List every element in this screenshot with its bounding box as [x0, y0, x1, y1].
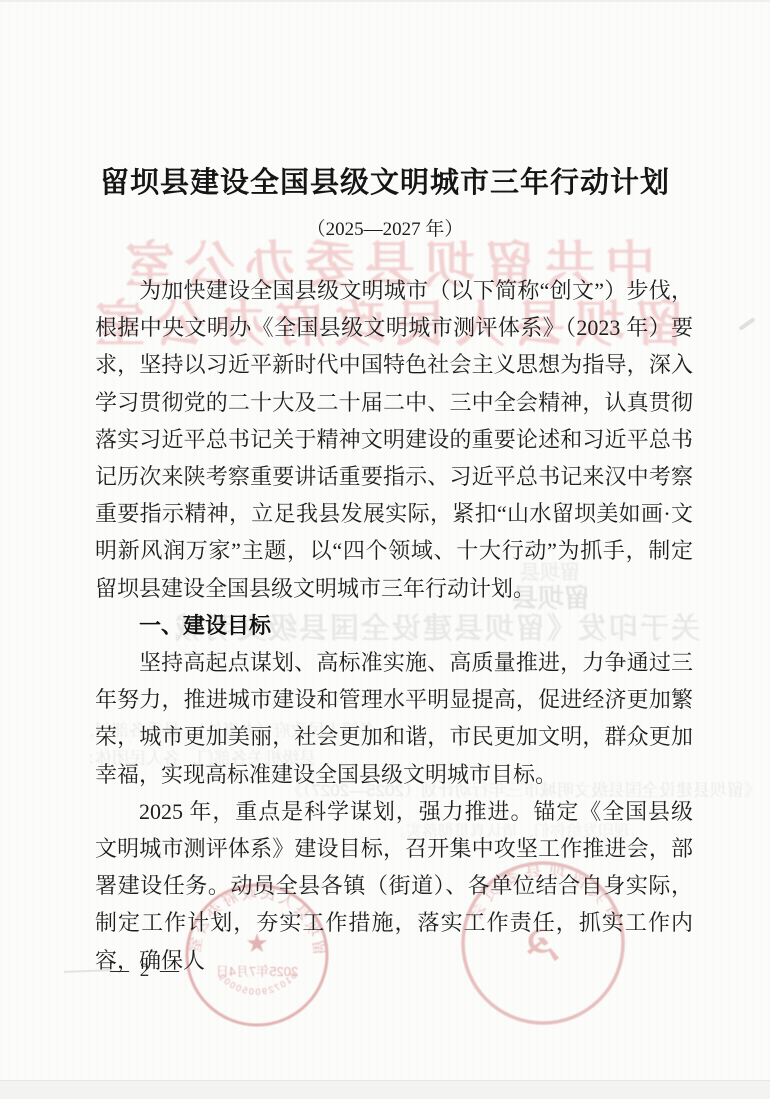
scanned-document-page: 中共留坝县委办公室 留坝县人民政府办公室 留坝县 留坝县 关于印发《留坝县建设全…: [0, 0, 770, 1099]
scan-edge-bottom: [0, 1080, 770, 1099]
page-number: — 2 —: [110, 960, 182, 982]
paragraph-2025-plan: 2025 年，重点是科学谋划，强力推进。锚定《全国县级文明城市测评体系》建设目标…: [95, 793, 693, 979]
document-subtitle: （2025—2027 年）: [0, 216, 770, 244]
paragraph-goals: 坚持高起点谋划、高标准实施、高质量推进，力争通过三年努力，推进城市建设和管理水平…: [95, 644, 693, 793]
paragraph-intro: 为加快建设全国县级文明城市（以下简称“创文”）步伐，根据中央文明办《全国县级文明…: [95, 272, 693, 607]
document-body: 为加快建设全国县级文明城市（以下简称“创文”）步伐，根据中央文明办《全国县级文明…: [95, 272, 693, 979]
scan-edge-top: [0, 0, 770, 2]
section-heading-goals: 一、建设目标: [95, 607, 693, 644]
document-title: 留坝县建设全国县级文明城市三年行动计划: [0, 160, 770, 206]
scan-artifact-smudge: [738, 317, 755, 331]
